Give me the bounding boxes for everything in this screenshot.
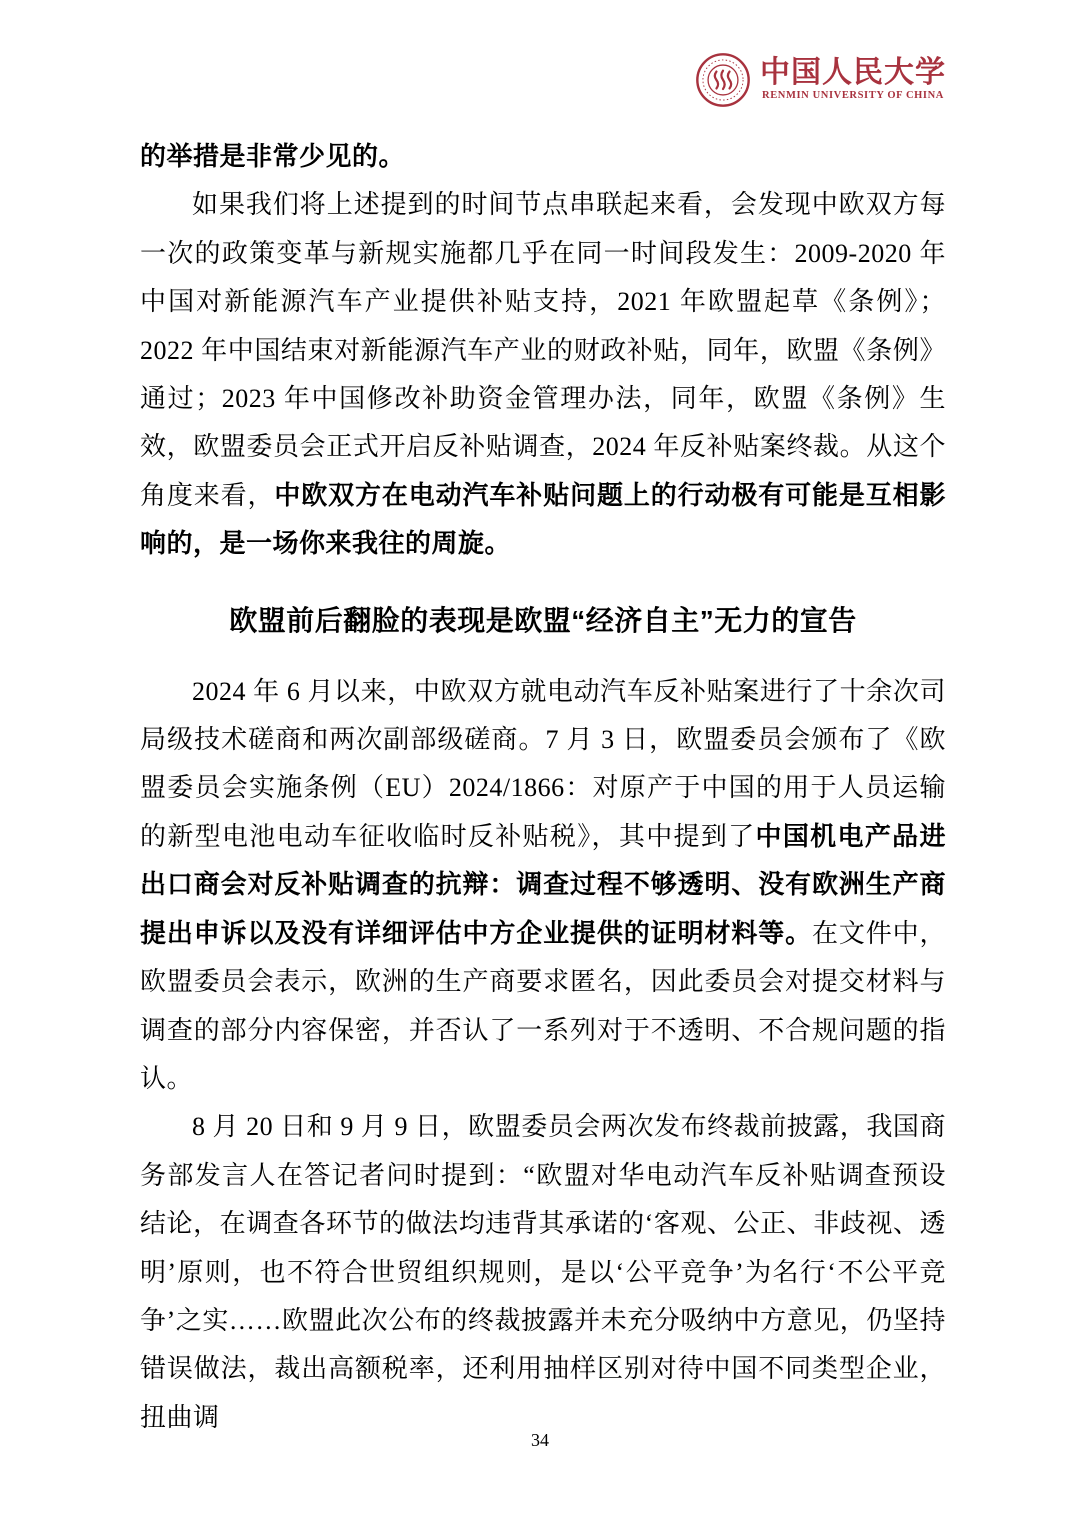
section-heading: 欧盟前后翻脸的表现是欧盟“经济自主”无力的宣告 xyxy=(140,597,946,645)
paragraph: 如果我们将上述提到的时间节点串联起来看，会发现中欧双方每一次的政策变革与新规实施… xyxy=(140,181,946,568)
paragraph: 2024 年 6 月以来，中欧双方就电动汽车反补贴案进行了十余次司局级技术磋商和… xyxy=(140,668,946,1104)
document-body: 的举措是非常少见的。如果我们将上述提到的时间节点串联起来看，会发现中欧双方每一次… xyxy=(140,133,946,1442)
university-seal-icon xyxy=(695,52,751,108)
paragraph: 8 月 20 日和 9 月 9 日，欧盟委员会两次发布终裁前披露，我国商务部发言… xyxy=(140,1103,946,1442)
document-page: 中国人民大学 RENMIN UNIVERSITY OF CHINA 的举措是非常… xyxy=(0,0,1080,1527)
text-run: 8 月 20 日和 9 月 9 日，欧盟委员会两次发布终裁前披露，我国商务部发言… xyxy=(140,1112,946,1431)
text-run: 如果我们将上述提到的时间节点串联起来看，会发现中欧双方每一次的政策变革与新规实施… xyxy=(140,190,946,509)
university-name-en: RENMIN UNIVERSITY OF CHINA xyxy=(762,89,944,103)
text-run-bold: 的举措是非常少见的。 xyxy=(140,142,405,171)
paragraph: 的举措是非常少见的。 xyxy=(140,133,946,181)
page-number: 34 xyxy=(531,1430,549,1450)
page-header: 中国人民大学 RENMIN UNIVERSITY OF CHINA xyxy=(695,52,946,108)
text-run-bold: 欧盟前后翻脸的表现是欧盟“经济自主”无力的宣告 xyxy=(229,605,857,636)
university-name-cn: 中国人民大学 xyxy=(760,57,946,89)
page-footer: 34 xyxy=(0,1428,1080,1452)
university-logo: 中国人民大学 RENMIN UNIVERSITY OF CHINA xyxy=(760,57,946,103)
